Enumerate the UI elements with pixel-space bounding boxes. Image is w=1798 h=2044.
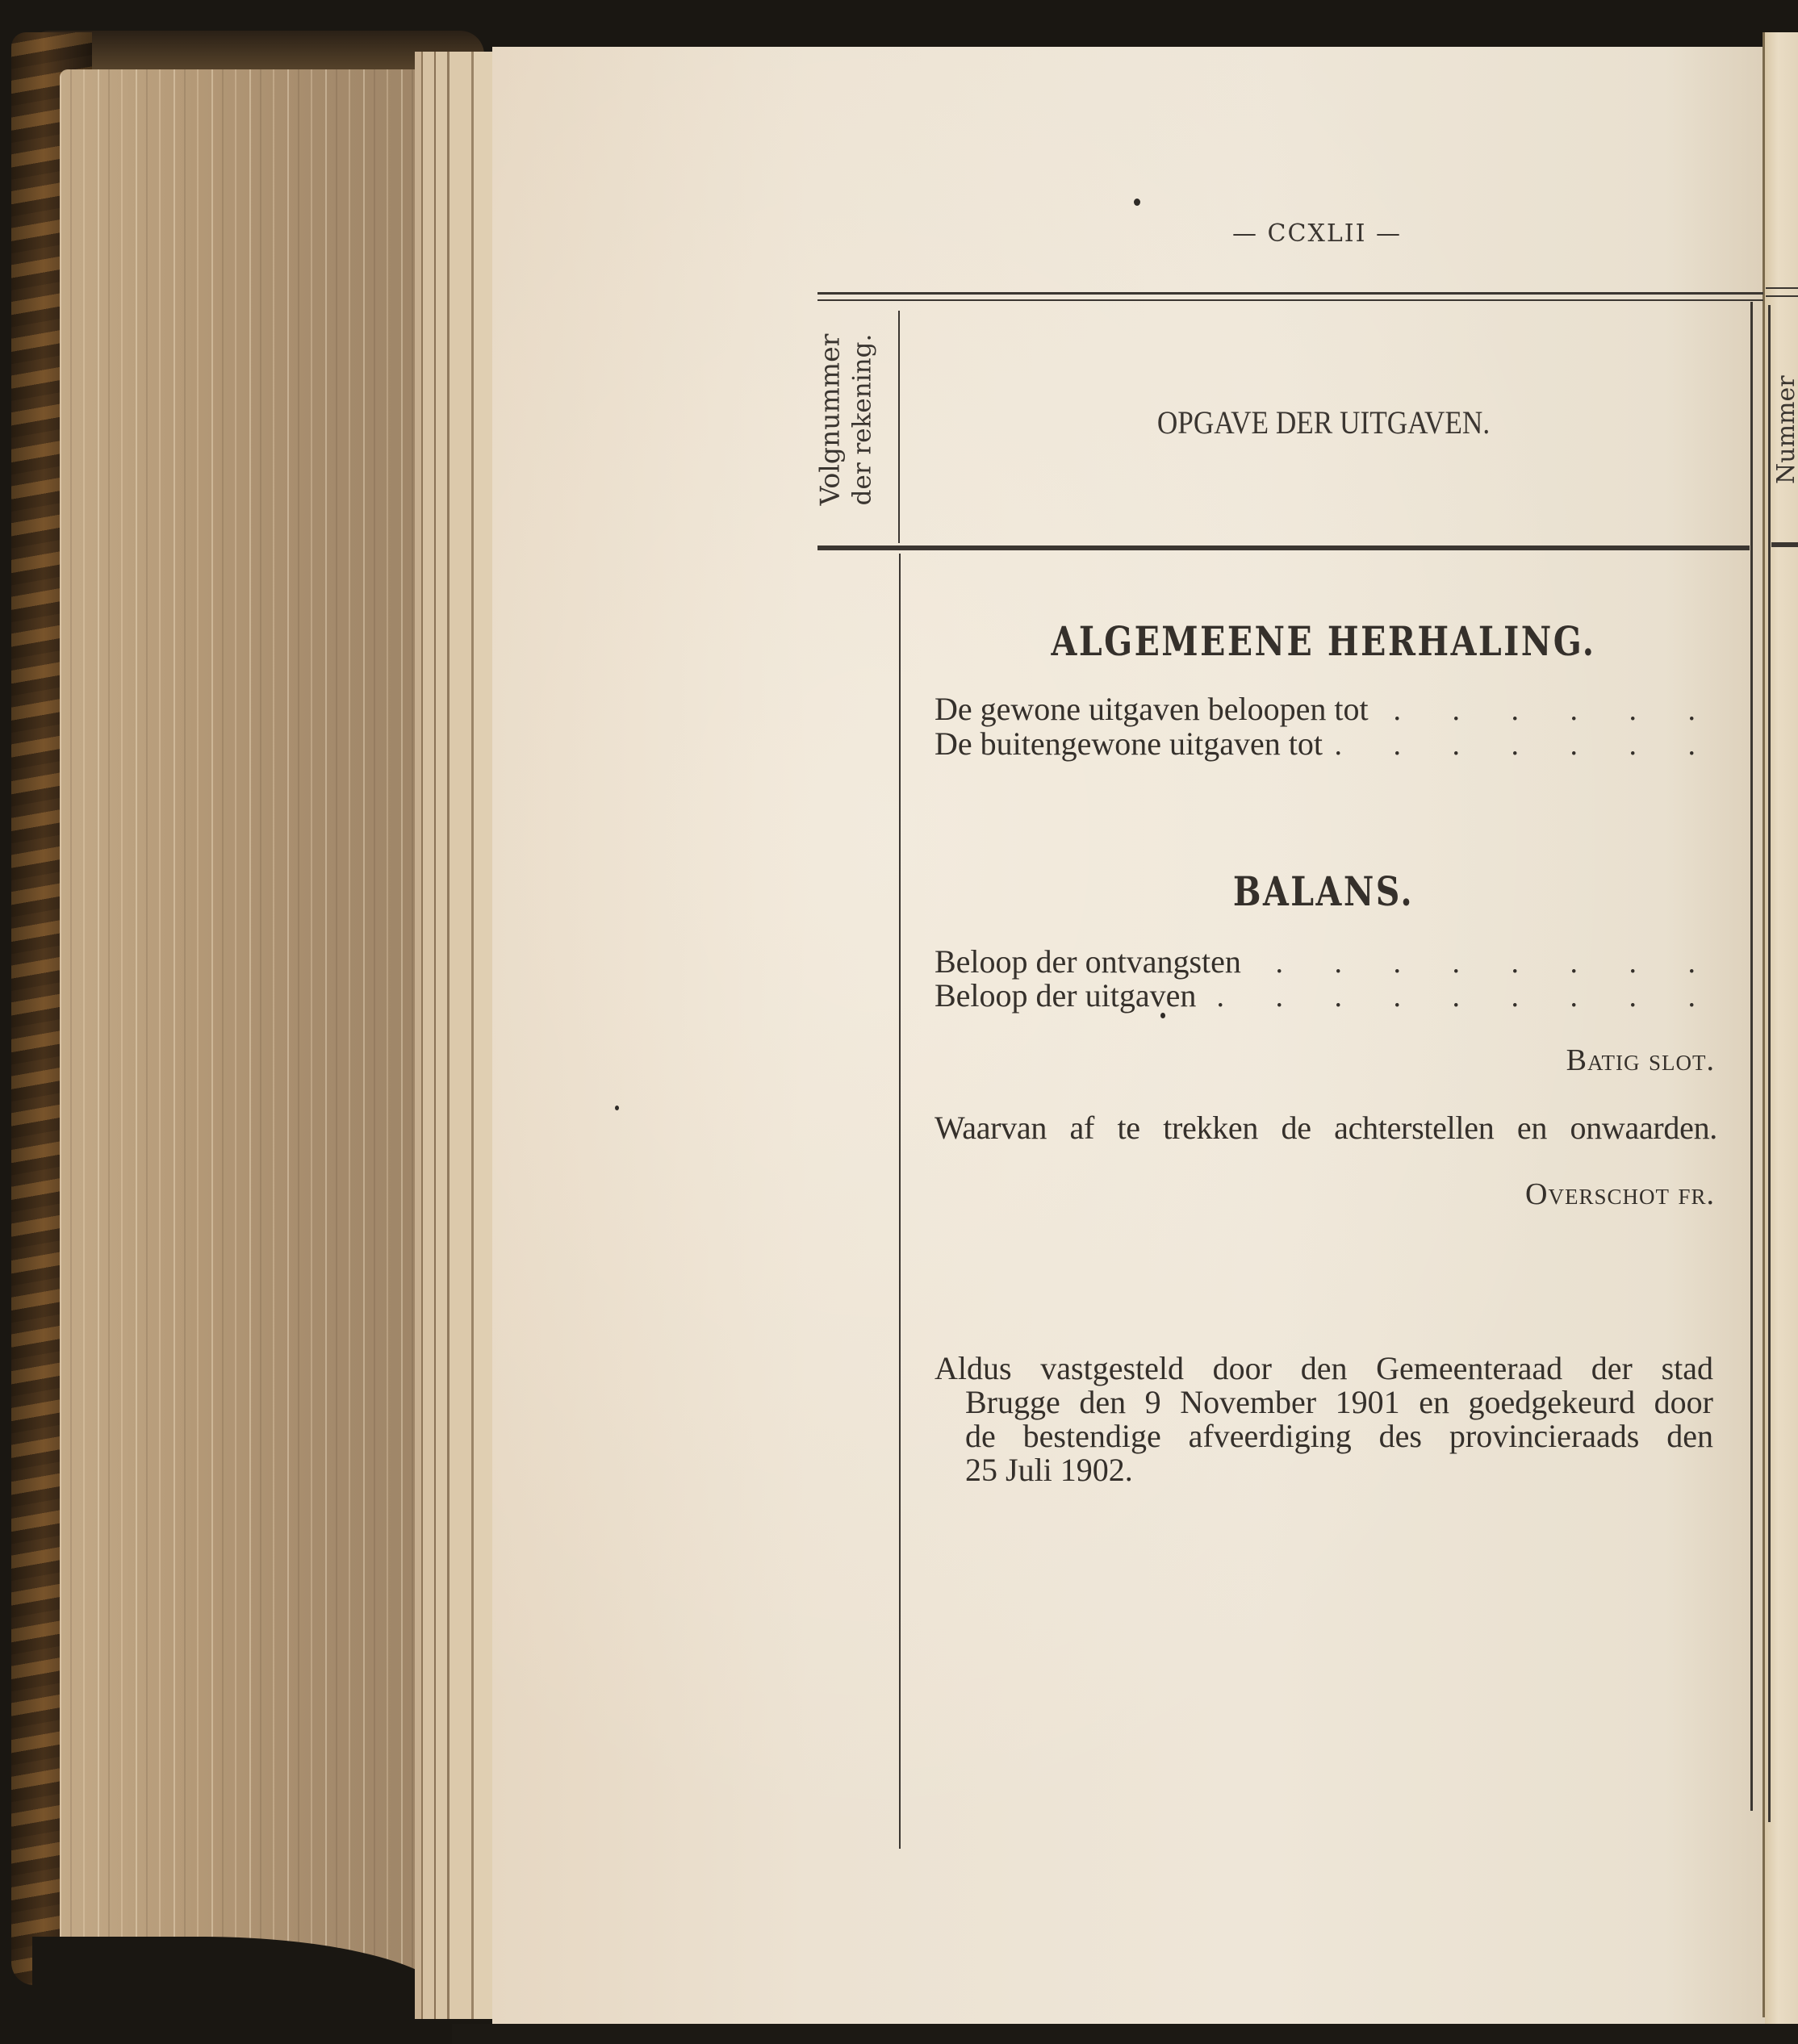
page-fore-edges [60, 69, 415, 1990]
page-stack-layers [415, 52, 504, 2019]
summary-row-ordinary-expenses: De gewone uitgaven beloopen tot . . . . … [935, 690, 1717, 728]
page-number: — CCXLII — [1156, 219, 1478, 248]
dot-leader: . . . . . . . . . . . [1252, 945, 1717, 980]
header-top-rule [817, 292, 1763, 295]
row-label: De buitengewone uitgaven tot [935, 725, 1323, 763]
approval-line-2: Brugge den 9 November 1901 en goedgekeur… [935, 1386, 1713, 1419]
next-page-header-text: Nummer [1772, 375, 1798, 484]
ink-speck [1160, 1013, 1165, 1018]
column-header-expenses: OPGAVE DER UITGAVEN. [954, 403, 1692, 441]
deduction-text: Waarvan af te trekken de achterstellen e… [935, 1109, 1717, 1147]
balance-remaining-label: Overschot fr. [1291, 1177, 1715, 1212]
bottom-background [452, 2024, 1798, 2044]
ink-speck [1134, 199, 1140, 206]
balance-row-receipts: Beloop der ontvangsten . . . . . . . . .… [935, 943, 1717, 980]
approval-paragraph: Aldus vastgesteld door den Gemeenteraad … [935, 1352, 1713, 1487]
column-header-line-1: Volgnummer [813, 334, 846, 506]
column-header-line-2: der rekening. [846, 334, 878, 506]
section-heading-general-summary: ALGEMEENE HERHALING. [980, 617, 1668, 665]
dot-leader: . . . . . . . . [1380, 692, 1717, 728]
surplus-label: Batig slot. [1291, 1043, 1715, 1078]
approval-line-4: 25 Juli 1902. [935, 1453, 1713, 1487]
next-page-top-rule-2 [1766, 295, 1798, 297]
row-label: Beloop der uitgaven [935, 976, 1196, 1014]
dot-leader: . . . . . . . . . [1334, 727, 1717, 763]
approval-line-1: Aldus vastgesteld door den Gemeenteraad … [935, 1352, 1713, 1386]
dot-leader: . . . . . . . . . . . . . [1207, 979, 1717, 1014]
approval-line-3: de bestendige afveerdiging des provincie… [935, 1419, 1713, 1453]
column-divider-body [899, 554, 901, 1849]
row-label: Beloop der ontvangsten [935, 943, 1241, 980]
header-top-rule-2 [817, 299, 1763, 301]
column-divider-header [898, 311, 900, 543]
right-border-rule [1750, 302, 1753, 1811]
ink-speck [615, 1106, 619, 1110]
row-label: De gewone uitgaven beloopen tot [935, 690, 1369, 728]
summary-row-extraordinary-expenses: De buitengewone uitgaven tot . . . . . .… [935, 725, 1717, 763]
section-heading-balance: BALANS. [980, 867, 1668, 915]
header-bottom-thick-rule [817, 545, 1750, 550]
next-page-column-header: Nummer [1772, 347, 1796, 492]
column-header-sequence-number: Volgnummer der rekening. [813, 311, 878, 529]
balance-row-expenses: Beloop der uitgaven . . . . . . . . . . … [935, 976, 1717, 1014]
next-page-thick-rule [1771, 542, 1798, 547]
document-page [492, 47, 1767, 2030]
next-page-column-rule [1768, 305, 1771, 1822]
next-page-top-rule [1766, 287, 1798, 289]
